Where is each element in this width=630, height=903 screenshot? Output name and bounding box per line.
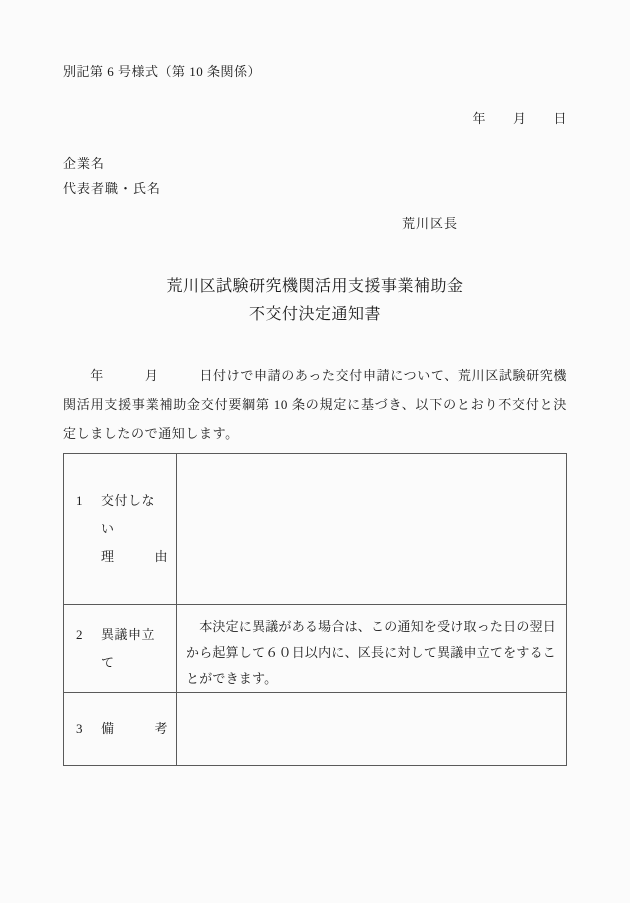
objection-label-line1: 異議申立て [101,621,168,677]
remarks-content-cell [177,693,567,766]
objection-label: 2 異議申立て [76,621,176,677]
reason-row-number: 1 [76,487,101,571]
table-row-remarks: 3 備 考 [64,693,567,766]
reason-label-cell: 1 交付しない 理 由 [64,454,177,605]
date-line: 年 月 日 [63,110,567,128]
table-row-objection: 2 異議申立て 本決定に異議がある場合は、この通知を受け取った日の翌日から起算し… [64,605,567,693]
objection-label-cell: 2 異議申立て [64,605,177,693]
document-title-line1: 荒川区試験研究機関活用支援事業補助金 [63,273,567,301]
reason-label-text: 交付しない 理 由 [101,487,168,571]
reason-content-cell [177,454,567,605]
remarks-label-line1: 備 考 [101,715,168,743]
objection-content-cell: 本決定に異議がある場合は、この通知を受け取った日の翌日から起算して６０日以内に、… [177,605,567,693]
recipient-representative-label: 代表者職・氏名 [63,180,567,198]
recipient-company-label: 企業名 [63,155,567,173]
sender-name: 荒川区長 [402,215,567,233]
reason-label: 1 交付しない 理 由 [76,487,176,571]
objection-label-text: 異議申立て [101,621,168,677]
document-title-line2: 不交付決定通知書 [63,301,567,329]
objection-row-number: 2 [76,621,101,677]
table-row-reason: 1 交付しない 理 由 [64,454,567,605]
remarks-label-text: 備 考 [101,715,168,743]
remarks-row-number: 3 [76,715,101,743]
document-title: 荒川区試験研究機関活用支援事業補助金 不交付決定通知書 [63,273,567,329]
remarks-label-cell: 3 備 考 [64,693,177,766]
reason-label-line2: 理 由 [101,543,168,571]
notice-table: 1 交付しない 理 由 2 異議申立て [63,453,567,766]
reason-label-line1: 交付しない [101,487,168,543]
form-number-label: 別記第 6 号様式（第 10 条関係） [63,63,567,81]
document-page: 別記第 6 号様式（第 10 条関係） 年 月 日 企業名 代表者職・氏名 荒川… [0,0,630,903]
remarks-label: 3 備 考 [76,715,176,743]
body-paragraph: 年 月 日付けで申請のあった交付申請について、荒川区試験研究機関活用支援事業補助… [63,361,567,448]
